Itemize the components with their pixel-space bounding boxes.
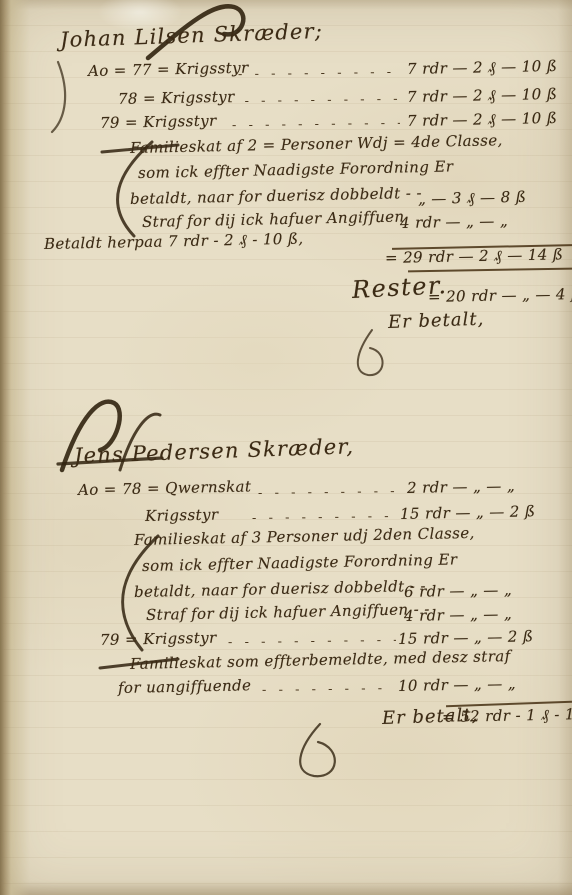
amount: 2 rdr — „ — „ bbox=[407, 477, 515, 497]
tax-line-text: som ick effter Naadigste Forordning Er bbox=[142, 550, 458, 575]
tax-line-text: betaldt, naar for duerisz dobbeldt - - bbox=[130, 184, 422, 208]
leader-dots: - - - - - - - - - - bbox=[252, 509, 398, 526]
leader-dots: - - - - - - - - - - bbox=[258, 484, 400, 501]
amount: 7 rdr — 2 ₰ — 10 ß bbox=[407, 109, 558, 131]
amount: 6 rdr — „ — „ bbox=[404, 581, 512, 601]
tax-line-text: Familieskat af 2 = Personer Wdj = 4de Cl… bbox=[130, 131, 503, 157]
leader-dots: - - - - - - - - - bbox=[262, 681, 394, 698]
entry-heading: Johan Lilsen Skræder; bbox=[60, 19, 324, 52]
tax-line-text: Straf for dij ick hafuer Angiffuen - - bbox=[146, 600, 430, 624]
amount: 4 rdr — „ — „ bbox=[404, 605, 512, 625]
leader-dots: - - - - - - - - - - - - - bbox=[238, 65, 400, 82]
rester-amount: = 20 rdr — „ — 4 ß bbox=[428, 285, 572, 306]
amount: 15 rdr — „ — 2 ß bbox=[398, 627, 534, 648]
amount: 15 rdr — „ — 2 ß bbox=[400, 502, 536, 523]
amount: 10 rdr — „ — „ bbox=[398, 675, 516, 695]
tax-line-text: Ao = 78 = Qwernskat bbox=[78, 477, 252, 499]
tax-line-text: Krigsstyr bbox=[145, 505, 219, 525]
tax-line-text: Straf for dij ick hafuer Angiffuen bbox=[142, 208, 405, 231]
tax-line-text: for uangiffuende bbox=[118, 676, 252, 697]
tax-line-text: 79 = Krigsstyr bbox=[100, 112, 217, 132]
paid-footer: Er betalt, bbox=[388, 309, 485, 333]
amount: 4 rdr — „ — „ bbox=[400, 212, 508, 232]
tax-line-text: som ick effter Naadigste Forordning Er bbox=[138, 157, 454, 182]
leader-dots: - - - - - - - - - - - - - bbox=[228, 92, 400, 109]
total-amount: = 52 rdr - 1 ₰ - 16 ß bbox=[442, 705, 572, 727]
amount: 7 rdr — 2 ₰ — 10 ß bbox=[407, 85, 558, 107]
tax-line-text: 78 = Krigsstyr bbox=[118, 88, 235, 108]
tax-line-text: Familieskat af 3 Personer udj 2den Class… bbox=[134, 524, 475, 549]
sum-amount: = 29 rdr — 2 ₰ — 14 ß bbox=[385, 245, 564, 268]
tax-line-text: Ao = 77 = Krigsstyr bbox=[88, 59, 249, 80]
entry-heading: Jens Pedersen Skræder, bbox=[74, 434, 355, 468]
amount: „ — 3 ₰ — 8 ß bbox=[418, 188, 527, 209]
paid-note: Betaldt herpaa 7 rdr - 2 ₰ - 10 ß, bbox=[44, 230, 304, 254]
tax-line-text: Familieskat som effterbemeldte, med desz… bbox=[130, 647, 511, 673]
tax-line-text: 79 = Krigsstyr bbox=[100, 629, 217, 649]
amount: 7 rdr — 2 ₰ — 10 ß bbox=[407, 57, 558, 79]
manuscript-page: Johan Lilsen Skræder; Ao = 77 = Krigssty… bbox=[0, 0, 572, 895]
tax-line-text: betaldt, naar for duerisz dobbeldt - - bbox=[134, 577, 426, 601]
leader-dots: - - - - - - - - - - - - - bbox=[232, 116, 400, 133]
leader-dots: - - - - - - - - - - - - bbox=[228, 633, 396, 650]
